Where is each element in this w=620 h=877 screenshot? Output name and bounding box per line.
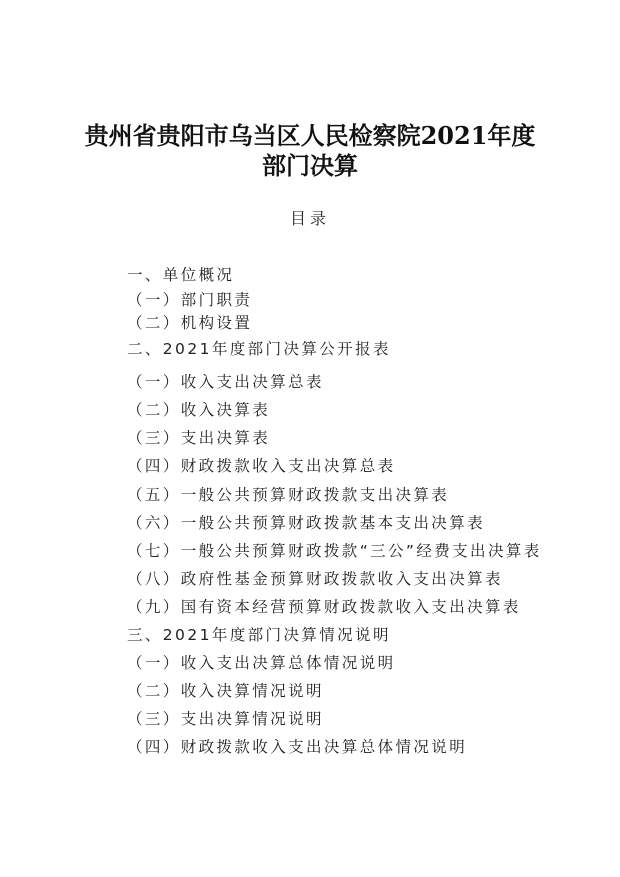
toc-item-2-9: （九）国有资本经营预算财政拨款收入支出决算表	[127, 595, 521, 617]
toc-item-2-7: （七）一般公共预算财政拨款“三公”经费支出决算表	[127, 539, 542, 561]
toc-item-2-3: （三）支出决算表	[127, 426, 270, 448]
toc-item-2-1: （一）收入支出决算总表	[127, 370, 324, 392]
toc-item-section-3: 三、2021年度部门决算情况说明	[127, 623, 391, 645]
toc-item-2-5: （五）一般公共预算财政拨款支出决算表	[127, 483, 449, 505]
toc-item-2-4: （四）财政拨款收入支出决算总表	[127, 454, 396, 476]
toc-item-2-2: （二）收入决算表	[127, 398, 270, 420]
toc-heading: 目录	[0, 206, 620, 229]
toc-item-1-2: （二）机构设置	[127, 311, 252, 333]
toc-item-section-2: 二、2021年度部门决算公开报表	[127, 337, 391, 359]
document-title-line-2: 部门决算	[0, 146, 620, 181]
toc-item-3-4: （四）财政拨款收入支出决算总体情况说明	[127, 735, 467, 757]
toc-item-3-3: （三）支出决算情况说明	[127, 707, 324, 729]
toc-item-section-1: 一、单位概况	[127, 263, 234, 285]
toc-item-1-1: （一）部门职责	[127, 288, 252, 310]
toc-item-3-1: （一）收入支出决算总体情况说明	[127, 651, 396, 673]
toc-item-2-8: （八）政府性基金预算财政拨款收入支出决算表	[127, 567, 503, 589]
toc-item-3-2: （二）收入决算情况说明	[127, 679, 324, 701]
toc-item-2-6: （六）一般公共预算财政拨款基本支出决算表	[127, 511, 485, 533]
